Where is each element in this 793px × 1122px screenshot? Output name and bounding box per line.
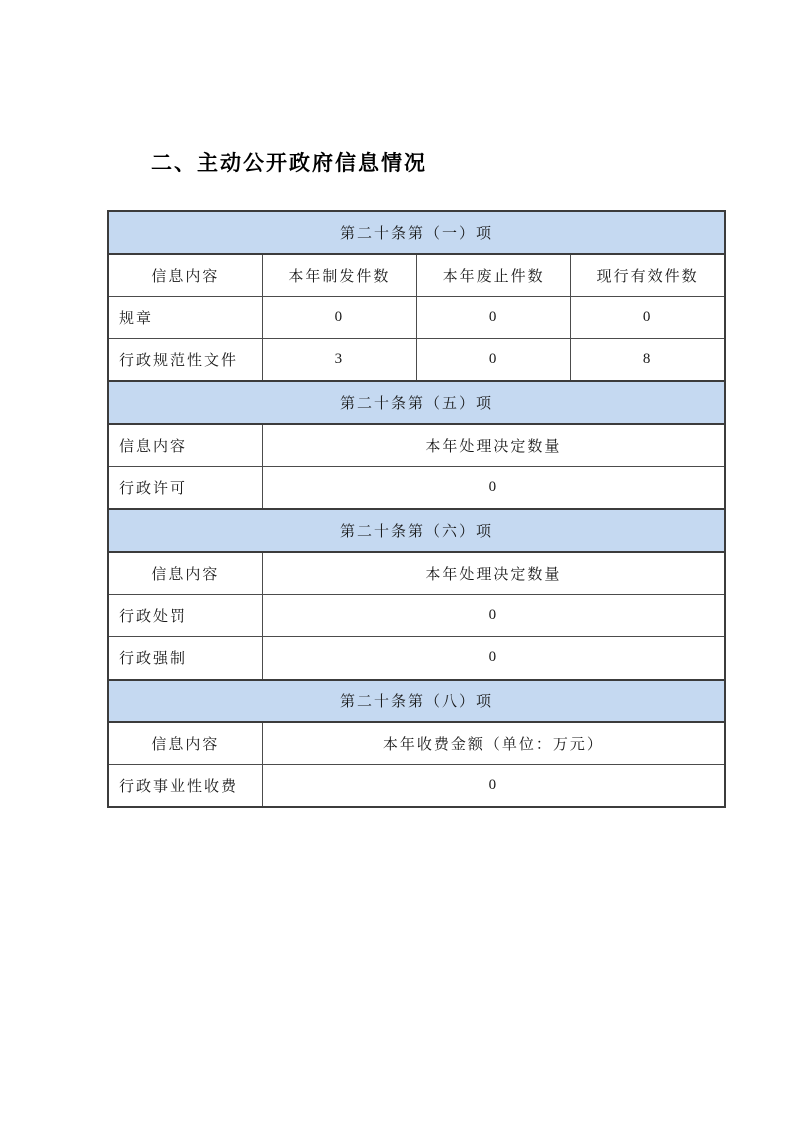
table-row: 行政强制 0 [108, 637, 725, 680]
cell-value: 0 [262, 765, 725, 808]
cell-value: 0 [417, 296, 571, 339]
section-1-header-row: 第二十条第（一）项 [108, 211, 725, 254]
row-label: 规章 [108, 296, 262, 339]
column-header: 本年处理决定数量 [262, 552, 725, 595]
cell-value: 0 [262, 637, 725, 680]
section-header: 第二十条第（五）项 [108, 381, 725, 424]
section-2-header-row: 第二十条第（五）项 [108, 381, 725, 424]
cell-value: 0 [417, 339, 571, 382]
row-label: 行政许可 [108, 467, 262, 510]
column-header: 本年处理决定数量 [262, 424, 725, 467]
cell-value: 0 [571, 296, 725, 339]
column-header: 信息内容 [108, 254, 262, 297]
section-3-columns-row: 信息内容 本年处理决定数量 [108, 552, 725, 595]
table-row: 行政处罚 0 [108, 594, 725, 637]
section-2-columns-row: 信息内容 本年处理决定数量 [108, 424, 725, 467]
cell-value: 0 [262, 594, 725, 637]
section-header: 第二十条第（一）项 [108, 211, 725, 254]
page-title: 二、主动公开政府信息情况 [151, 147, 427, 177]
table-row: 行政许可 0 [108, 467, 725, 510]
section-header: 第二十条第（六）项 [108, 509, 725, 552]
section-3-header-row: 第二十条第（六）项 [108, 509, 725, 552]
section-4-columns-row: 信息内容 本年收费金额（单位：万元） [108, 722, 725, 765]
column-header: 信息内容 [108, 552, 262, 595]
section-header: 第二十条第（八）项 [108, 680, 725, 723]
section-1-columns-row: 信息内容 本年制发件数 本年废止件数 现行有效件数 [108, 254, 725, 297]
row-label: 行政规范性文件 [108, 339, 262, 382]
column-header: 本年收费金额（单位：万元） [262, 722, 725, 765]
document-page: 二、主动公开政府信息情况 第二十条第（一）项 信息内容 本年制发件数 本年废止件… [0, 0, 793, 1122]
column-header: 本年废止件数 [417, 254, 571, 297]
row-label: 行政处罚 [108, 594, 262, 637]
table-row: 行政事业性收费 0 [108, 765, 725, 808]
cell-value: 3 [262, 339, 416, 382]
column-header: 信息内容 [108, 424, 262, 467]
cell-value: 0 [262, 296, 416, 339]
section-4-header-row: 第二十条第（八）项 [108, 680, 725, 723]
column-header: 现行有效件数 [571, 254, 725, 297]
table-row: 行政规范性文件 3 0 8 [108, 339, 725, 382]
column-header: 本年制发件数 [262, 254, 416, 297]
cell-value: 8 [571, 339, 725, 382]
cell-value: 0 [262, 467, 725, 510]
column-header: 信息内容 [108, 722, 262, 765]
disclosure-table: 第二十条第（一）项 信息内容 本年制发件数 本年废止件数 现行有效件数 规章 0… [107, 210, 726, 808]
row-label: 行政事业性收费 [108, 765, 262, 808]
row-label: 行政强制 [108, 637, 262, 680]
table-row: 规章 0 0 0 [108, 296, 725, 339]
